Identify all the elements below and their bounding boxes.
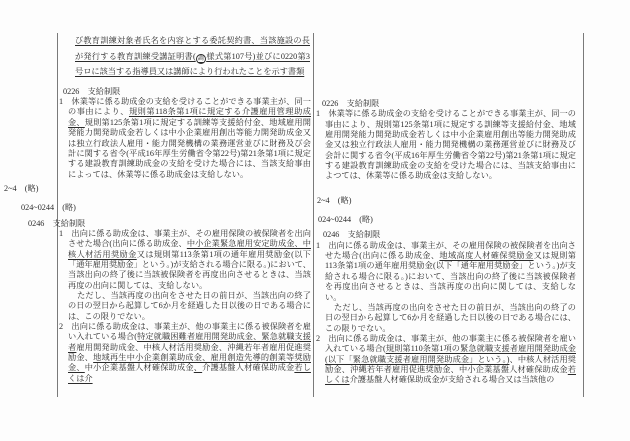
numbered-paragraph-1: 1 休業等に係る助成金の支給を受けることができる事業主が、同一の事由により、規則… xyxy=(316,109,576,181)
proviso-paragraph: ただし、当該再度の出向をさせた日の前日が、当該出向の終了の日の翌日から起算して6… xyxy=(59,291,311,322)
text-run: 介護基盤人材確保助成金 xyxy=(202,363,294,372)
ellipsis-note: 024~0244 (略) xyxy=(21,203,311,213)
text-run: 地域高度人材確保奨励金 xyxy=(439,251,533,260)
text-run: 介護基盤人材確保助成金が支給される場合又は当該他の xyxy=(350,375,555,384)
numbered-paragraph-1: 1 出向に係る助成金は、事業主が、その雇用保険の被保険者を出向させた場合(出向に… xyxy=(316,241,576,303)
table-border-middle xyxy=(313,33,314,397)
table-border-right xyxy=(583,33,584,397)
section-heading-0246: 0246 支給制限 xyxy=(323,230,576,240)
numbered-paragraph-2: 2 出向に係る助成金は、事業主が、他の事業主に係る被保険者を雇い入れている場合(… xyxy=(59,322,311,384)
document-page: び教育訓練対象者氏名を内容とする委託契約書、当該施設の長が発行する教育訓練受講証… xyxy=(0,0,630,441)
text-run: 2~4 (略) xyxy=(4,184,38,193)
text-run: 0226 支給制限 xyxy=(322,99,379,108)
text-run: 2~4 (略) xyxy=(317,196,351,205)
text-run: ただし、当該再度の出向をさせた日の前日が、当該出向の終了の日の翌日から起算して6… xyxy=(68,291,311,321)
text-run: 0226 支給制限 xyxy=(63,87,120,96)
text-run: 0246 支給制限 xyxy=(323,230,380,239)
left-column: び教育訓練対象者氏名を内容とする委託契約書、当該施設の長が発行する教育訓練受講証… xyxy=(59,33,311,384)
text-run: 024~0244 (略) xyxy=(318,215,373,224)
proviso-paragraph: ただし、当該再度の出向をさせた日の前日が、当該出向の終了の日の翌日から起算して6… xyxy=(316,303,576,334)
text-run: ただし、当該再度の出向をさせた日の前日が、当該出向の終了の日の翌日から起算して6… xyxy=(325,303,576,333)
numbered-paragraph-1: 1 出向に係る助成金は、事業主が、その雇用保険の被保険者を出向させた場合(出向に… xyxy=(59,229,311,291)
circled-form-mark: 調 xyxy=(196,54,207,65)
text-run: 0246 支給制限 xyxy=(28,219,85,228)
numbered-paragraph-2: 2 出向に係る助成金は、事業主が、他の事業主に係る被保険者を雇い入れている場合(… xyxy=(316,334,576,386)
text-run: 、 xyxy=(194,363,202,372)
intro-clause: び教育訓練対象者氏名を内容とする委託契約書、当該施設の長が発行する教育訓練受講証… xyxy=(75,33,310,80)
text-run: 規則第125条第1項に規定する訓練等支援給付金、地域雇用開発能力開発助成金若しく… xyxy=(68,118,311,179)
right-column: 0226 支給制限1 休業等に係る助成金の支給を受けることができる事業主が、同一… xyxy=(316,33,576,386)
table-border-left xyxy=(57,33,58,397)
text-run: 中小企業基盤人材確保助成金 xyxy=(85,363,194,372)
ellipsis-note: 2~4 (略) xyxy=(4,184,311,194)
ellipsis-note: 2~4 (略) xyxy=(317,196,576,206)
ellipsis-note: 024~0244 (略) xyxy=(318,215,576,225)
section-heading-0246: 0246 支給制限 xyxy=(28,219,311,229)
text-run: 1 休業等に係る助成金の支給を受けることができる事業主が、同一の事由により、規則… xyxy=(316,109,576,180)
section-heading-0226: 0226 支給制限 xyxy=(322,99,576,109)
text-run: 024~0244 (略) xyxy=(21,203,76,212)
numbered-paragraph-1: 1 休業等に係る助成金の支給を受けることができる事業主が、同一の事由により、規則… xyxy=(59,97,311,180)
section-heading-0226: 0226 支給制限 xyxy=(63,87,311,97)
